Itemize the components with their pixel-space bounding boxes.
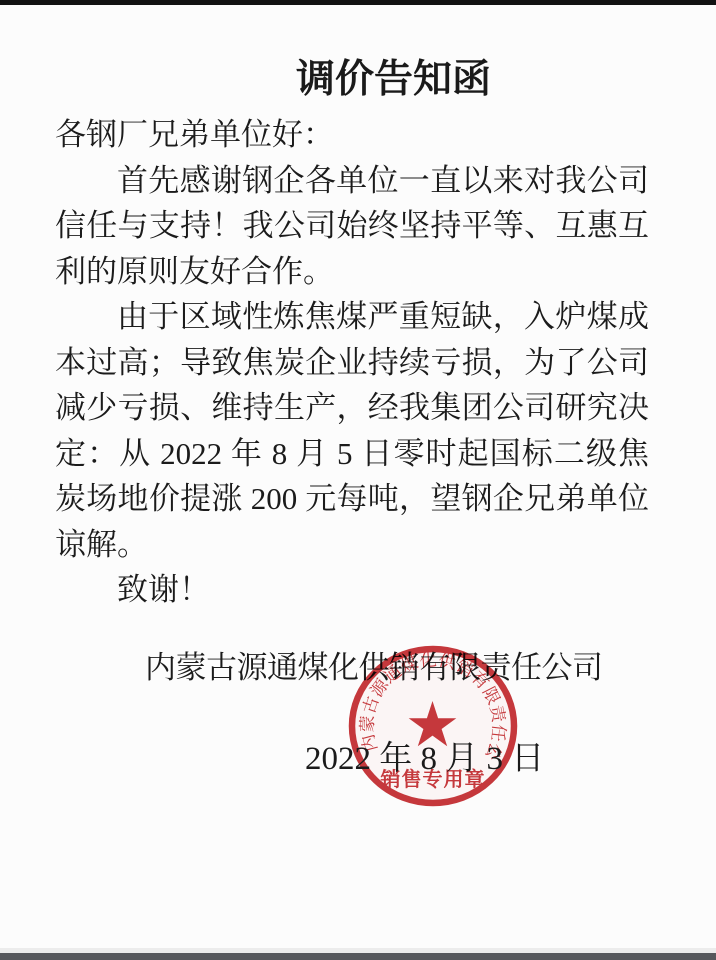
- salutation-line: 各钢厂兄弟单位好：: [55, 112, 649, 158]
- document-page: 调价告知函 各钢厂兄弟单位好： 首先感谢钢企各单位一直以来对我公司信任与支持！我…: [0, 0, 716, 960]
- closing-line: 致谢！: [55, 567, 649, 613]
- paragraph-price-adjustment: 由于区域性炼焦煤严重短缺，入炉煤成本过高；导致焦炭企业持续亏损，为了公司减少亏损…: [55, 294, 649, 567]
- document-body: 各钢厂兄弟单位好： 首先感谢钢企各单位一直以来对我公司信任与支持！我公司始终坚持…: [55, 112, 649, 613]
- top-edge-bar: [0, 0, 716, 5]
- company-seal-stamp: 内蒙古源通煤化供销有限责任公司 销售专用章: [346, 644, 520, 810]
- signature-date: 2022 年 8 月 3 日: [305, 741, 544, 777]
- bottom-edge-bar: [0, 953, 716, 960]
- paragraph-thanks: 首先感谢钢企各单位一直以来对我公司信任与支持！我公司始终坚持平等、互惠互利的原则…: [55, 158, 649, 295]
- document-title: 调价告知函: [296, 60, 491, 99]
